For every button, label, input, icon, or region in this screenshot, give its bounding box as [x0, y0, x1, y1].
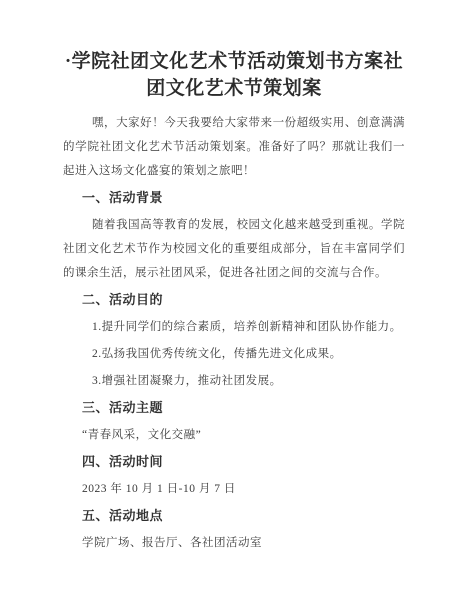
- section-heading-purpose: 二、活动目的: [63, 288, 405, 312]
- section-heading-theme: 三、活动主题: [63, 396, 405, 420]
- document-page: ·学院社团文化艺术节活动策划书方案社团文化艺术节策划案 嘿，大家好！今天我要给大…: [0, 0, 463, 600]
- location-text: 学院广场、报告厅、各社团活动室: [63, 531, 405, 555]
- section-heading-background: 一、活动背景: [63, 186, 405, 210]
- section-background-paragraph: 随着我国高等教育的发展，校园文化越来越受到重视。学院社团文化艺术节作为校园文化的…: [63, 213, 405, 285]
- time-text: 2023 年 10 月 1 日-10 月 7 日: [63, 477, 405, 501]
- purpose-item-2: 2.弘扬我国优秀传统文化，传播先进文化成果。: [63, 342, 405, 366]
- section-heading-time: 四、活动时间: [63, 450, 405, 474]
- purpose-item-1: 1.提升同学们的综合素质，培养创新精神和团队协作能力。: [63, 315, 405, 339]
- intro-paragraph: 嘿，大家好！今天我要给大家带来一份超级实用、创意满满的学院社团文化艺术节活动策划…: [63, 111, 405, 183]
- theme-text: “青春风采，文化交融”: [63, 423, 405, 447]
- section-heading-location: 五、活动地点: [63, 504, 405, 528]
- document-title: ·学院社团文化艺术节活动策划书方案社团文化艺术节策划案: [63, 48, 405, 102]
- purpose-item-3: 3.增强社团凝聚力，推动社团发展。: [63, 369, 405, 393]
